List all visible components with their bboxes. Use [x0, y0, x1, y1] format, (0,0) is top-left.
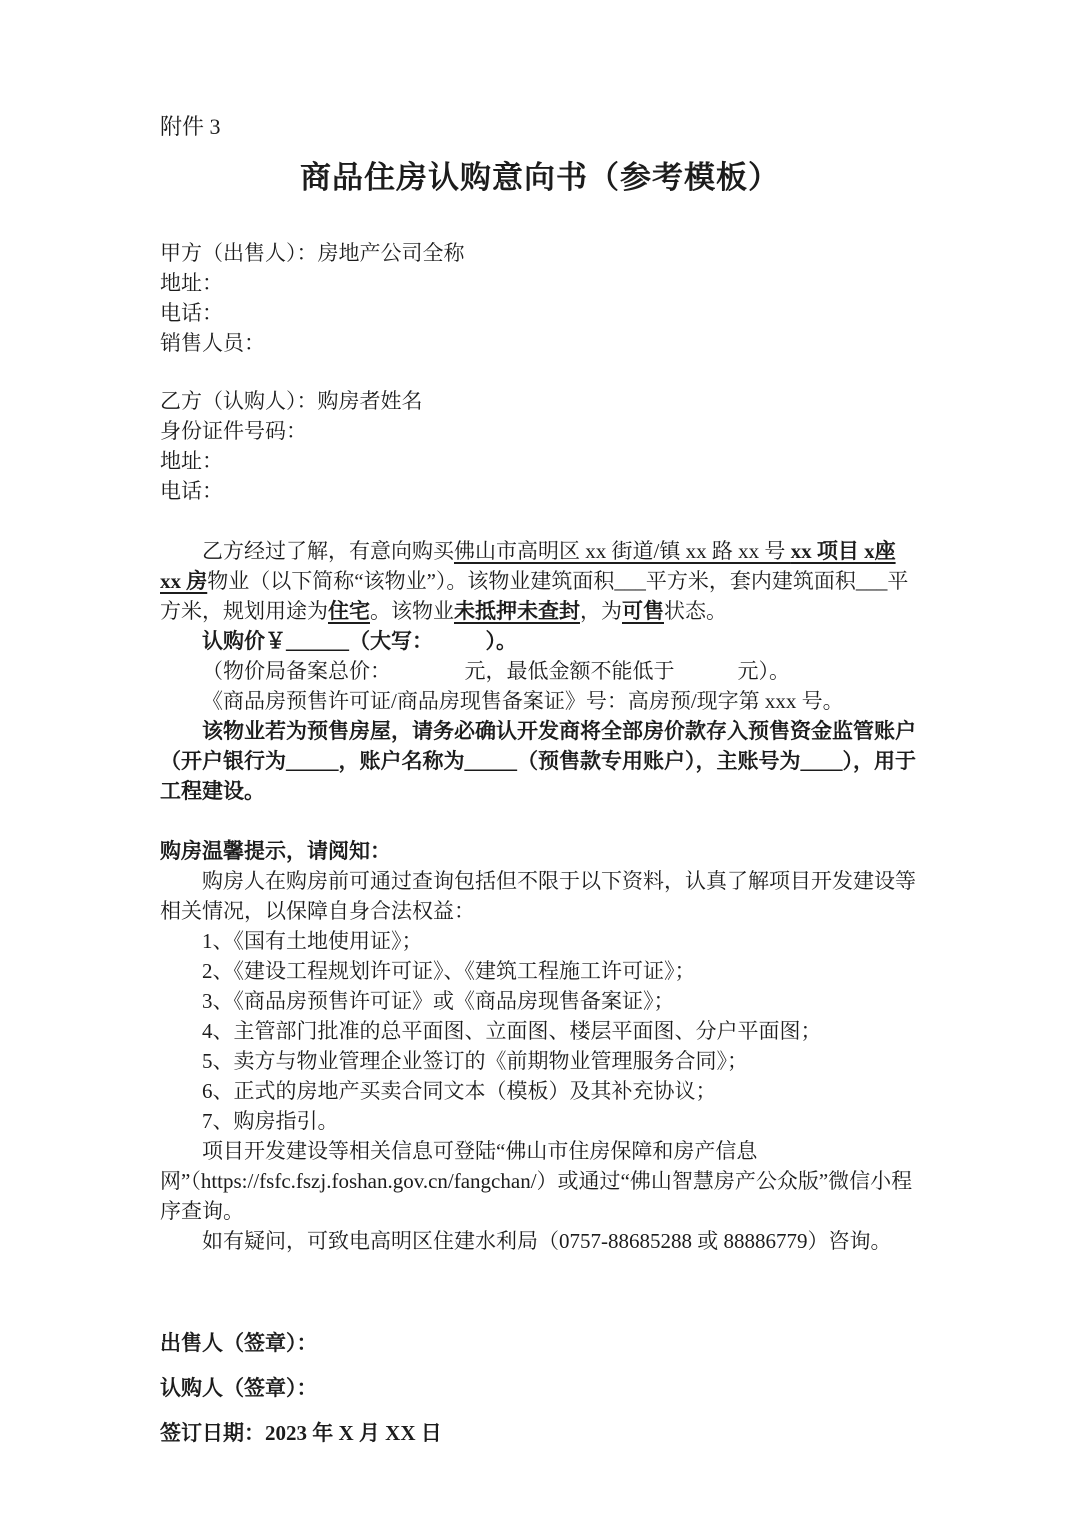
signing-date-line: 签订日期：2023 年 X 月 XX 日	[160, 1418, 920, 1448]
party-b-name-line: 乙方（认购人）：购房者姓名	[160, 386, 920, 416]
notice-heading: 购房温馨提示，请阅知：	[160, 836, 920, 866]
party-a-name-line: 甲方（出售人）：房地产公司全称	[160, 238, 920, 268]
notice-item: 3、《商品房预售许可证》或《商品房现售备案证》；	[160, 986, 920, 1016]
inner-area-blank: ___	[856, 569, 888, 593]
escrow-notice-paragraph: 该物业若为预售房屋，请务必确认开发商将全部房价款存入预售资金监管账户（开户银行为…	[160, 716, 920, 806]
party-a-address-line: 地址：	[160, 268, 920, 298]
status-lead-text: 。该物业	[370, 599, 454, 623]
project-info-paragraph: 项目开发建设等相关信息可登陆“佛山市住房保障和房产信息网”（https://fs…	[160, 1136, 920, 1226]
no-mortgage-text: 未抵押未查封	[454, 599, 580, 623]
property-location-text: 佛山市高明区 xx 街道/镇 xx 路 xx 号	[454, 539, 791, 563]
notice-item: 6、正式的房地产买卖合同文本（模板）及其补充协议；	[160, 1076, 920, 1106]
notice-intro: 购房人在购房前可通过查询包括但不限于以下资料，认真了解项目开发建设等相关情况，以…	[160, 866, 920, 926]
notice-item: 5、卖方与物业管理企业签订的《前期物业管理服务合同》；	[160, 1046, 920, 1076]
spacer	[160, 806, 920, 836]
sellable-text: 可售	[622, 599, 664, 623]
intent-lead-text: 乙方经过了解，有意向购买	[202, 539, 454, 563]
seller-signature-line: 出售人（签章）：	[160, 1328, 920, 1358]
party-b-id-line: 身份证件号码：	[160, 416, 920, 446]
area-blank: ___	[614, 569, 646, 593]
notice-item: 1、《国有土地使用证》；	[160, 926, 920, 956]
document-title: 商品住房认购意向书（参考模板）	[160, 158, 920, 198]
signature-section: 出售人（签章）： 认购人（签章）： 签订日期：2023 年 X 月 XX 日	[160, 1328, 920, 1448]
contact-paragraph: 如有疑问，可致电高明区住建水利局（0757-88685288 或 8888677…	[160, 1226, 920, 1256]
party-a-sales-line: 销售人员：	[160, 328, 920, 358]
notice-item: 4、主管部门批准的总平面图、立面图、楼层平面图、分户平面图；	[160, 1016, 920, 1046]
party-b-phone-line: 电话：	[160, 476, 920, 506]
spacer	[160, 506, 920, 536]
party-a-phone-line: 电话：	[160, 298, 920, 328]
attachment-label: 附件 3	[160, 112, 920, 142]
presale-license-line: 《商品房预售许可证/商品房现售备案证》号：高房预/现字第 xxx 号。	[160, 686, 920, 716]
notice-item: 7、购房指引。	[160, 1106, 920, 1136]
intent-paragraph: 乙方经过了解，有意向购买佛山市高明区 xx 街道/镇 xx 路 xx 号 xx …	[160, 536, 920, 626]
notice-list: 1、《国有土地使用证》； 2、《建设工程规划许可证》、《建筑工程施工许可证》； …	[160, 926, 920, 1136]
party-a-section: 甲方（出售人）：房地产公司全称 地址： 电话： 销售人员：	[160, 238, 920, 358]
usage-residential-text: 住宅	[328, 599, 370, 623]
inner-area-text: 平方米，套内建筑面积	[646, 569, 856, 593]
document-page: 附件 3 商品住房认购意向书（参考模板） 甲方（出售人）：房地产公司全称 地址：…	[0, 0, 1080, 1527]
property-alias-text: 物业（以下简称“该物业”）。该物业建筑面积	[207, 569, 614, 593]
purchase-price-line: 认购价￥______（大写： ）。	[160, 626, 920, 656]
buyer-signature-line: 认购人（签章）：	[160, 1373, 920, 1403]
party-b-section: 乙方（认购人）：购房者姓名 身份证件号码： 地址： 电话：	[160, 386, 920, 506]
party-b-address-line: 地址：	[160, 446, 920, 476]
status-mid-text: ，为	[580, 599, 622, 623]
price-note-line: （物价局备案总价： 元，最低金额不能低于 元）。	[160, 656, 920, 686]
notice-item: 2、《建设工程规划许可证》、《建筑工程施工许可证》；	[160, 956, 920, 986]
status-end-text: 状态。	[664, 599, 727, 623]
spacer	[160, 358, 920, 386]
